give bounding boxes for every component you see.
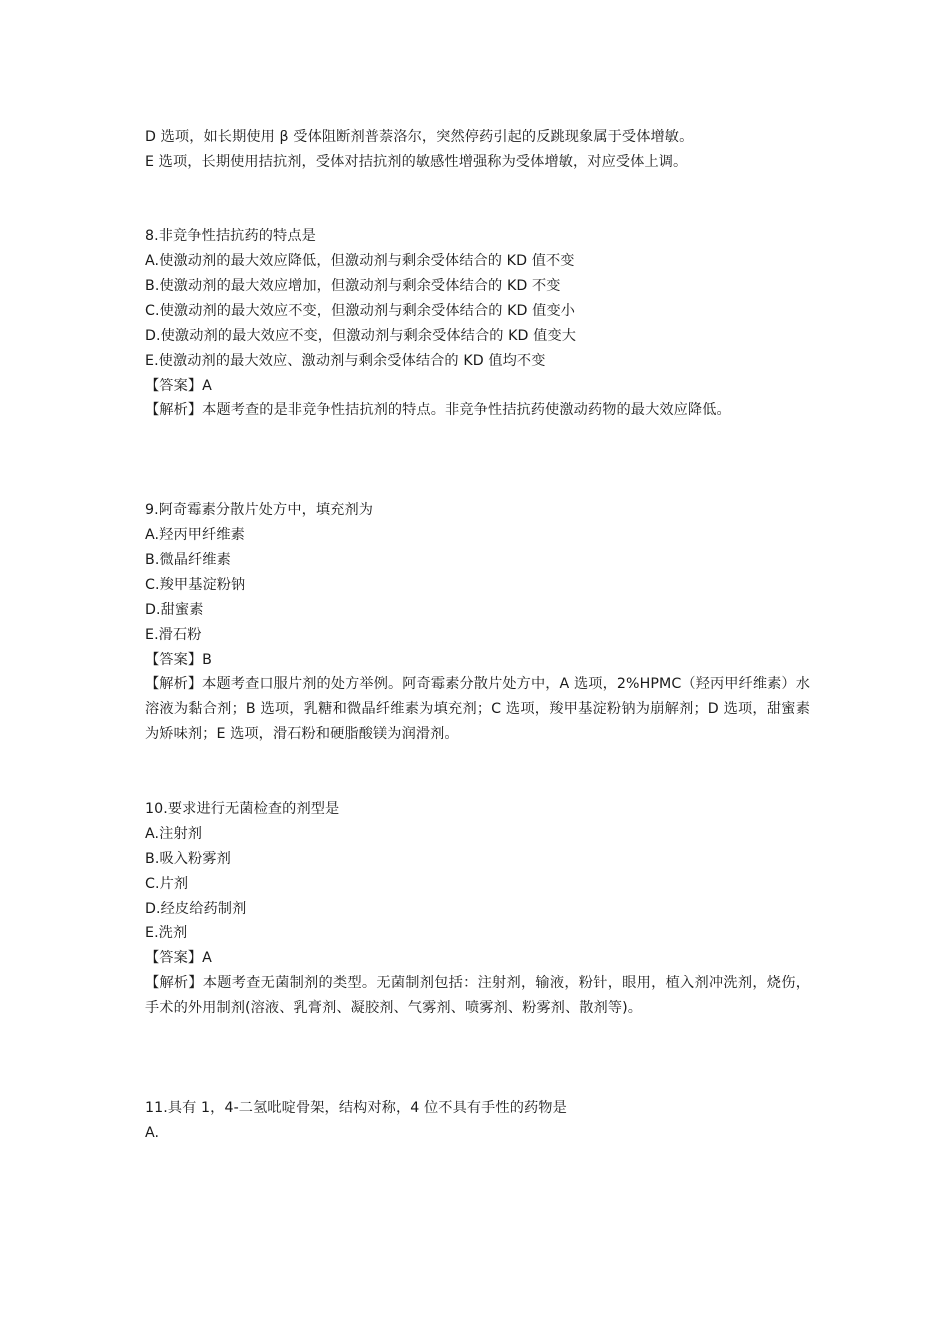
analysis: 【解析】本题考查口服片剂的处方举例。阿奇霉素分散片处方中，A 选项，2%HPMC… xyxy=(145,672,810,747)
intro-line-e: E 选项，长期使用拮抗剂，受体对拮抗剂的敏感性增强称为受体增敏，对应受体上调。 xyxy=(145,152,810,172)
option-e: E.滑石粉 xyxy=(145,625,810,645)
option-a: A. xyxy=(145,1123,810,1143)
option-c: C.使激动剂的最大效应不变，但激动剂与剩余受体结合的 KD 值变小 xyxy=(145,301,810,321)
document-page: D 选项，如长期使用 β 受体阻断剂普萘洛尔，突然停药引起的反跳现象属于受体增敏… xyxy=(0,0,950,1344)
analysis: 【解析】本题考查无菌制剂的类型。无菌制剂包括：注射剂，输液，粉针，眼用，植入剂冲… xyxy=(145,971,810,1021)
question-stem: 11.具有 1，4-二氢吡啶骨架，结构对称，4 位不具有手性的药物是 xyxy=(145,1098,810,1118)
question-stem: 10.要求进行无菌检查的剂型是 xyxy=(145,799,810,819)
option-d: D.使激动剂的最大效应不变，但激动剂与剩余受体结合的 KD 值变大 xyxy=(145,326,810,346)
option-a: A.羟丙甲纤维素 xyxy=(145,525,810,545)
option-b: B.微晶纤维素 xyxy=(145,550,810,570)
option-a: A.注射剂 xyxy=(145,824,810,844)
answer: 【答案】A xyxy=(145,376,810,396)
option-e: E.洗剂 xyxy=(145,923,810,943)
answer: 【答案】B xyxy=(145,650,810,670)
option-d: D.甜蜜素 xyxy=(145,600,810,620)
intro-line-d: D 选项，如长期使用 β 受体阻断剂普萘洛尔，突然停药引起的反跳现象属于受体增敏… xyxy=(145,127,810,147)
analysis: 【解析】本题考查的是非竞争性拮抗剂的特点。非竞争性拮抗药使激动药物的最大效应降低… xyxy=(145,398,810,423)
option-b: B.吸入粉雾剂 xyxy=(145,849,810,869)
option-c: C.羧甲基淀粉钠 xyxy=(145,575,810,595)
option-b: B.使激动剂的最大效应增加，但激动剂与剩余受体结合的 KD 不变 xyxy=(145,276,810,296)
option-a: A.使激动剂的最大效应降低，但激动剂与剩余受体结合的 KD 值不变 xyxy=(145,251,810,271)
question-stem: 9.阿奇霉素分散片处方中，填充剂为 xyxy=(145,500,810,520)
option-c: C.片剂 xyxy=(145,874,810,894)
answer: 【答案】A xyxy=(145,948,810,968)
option-e: E.使激动剂的最大效应、激动剂与剩余受体结合的 KD 值均不变 xyxy=(145,351,810,371)
option-d: D.经皮给药制剂 xyxy=(145,899,810,919)
question-stem: 8.非竞争性拮抗药的特点是 xyxy=(145,226,810,246)
